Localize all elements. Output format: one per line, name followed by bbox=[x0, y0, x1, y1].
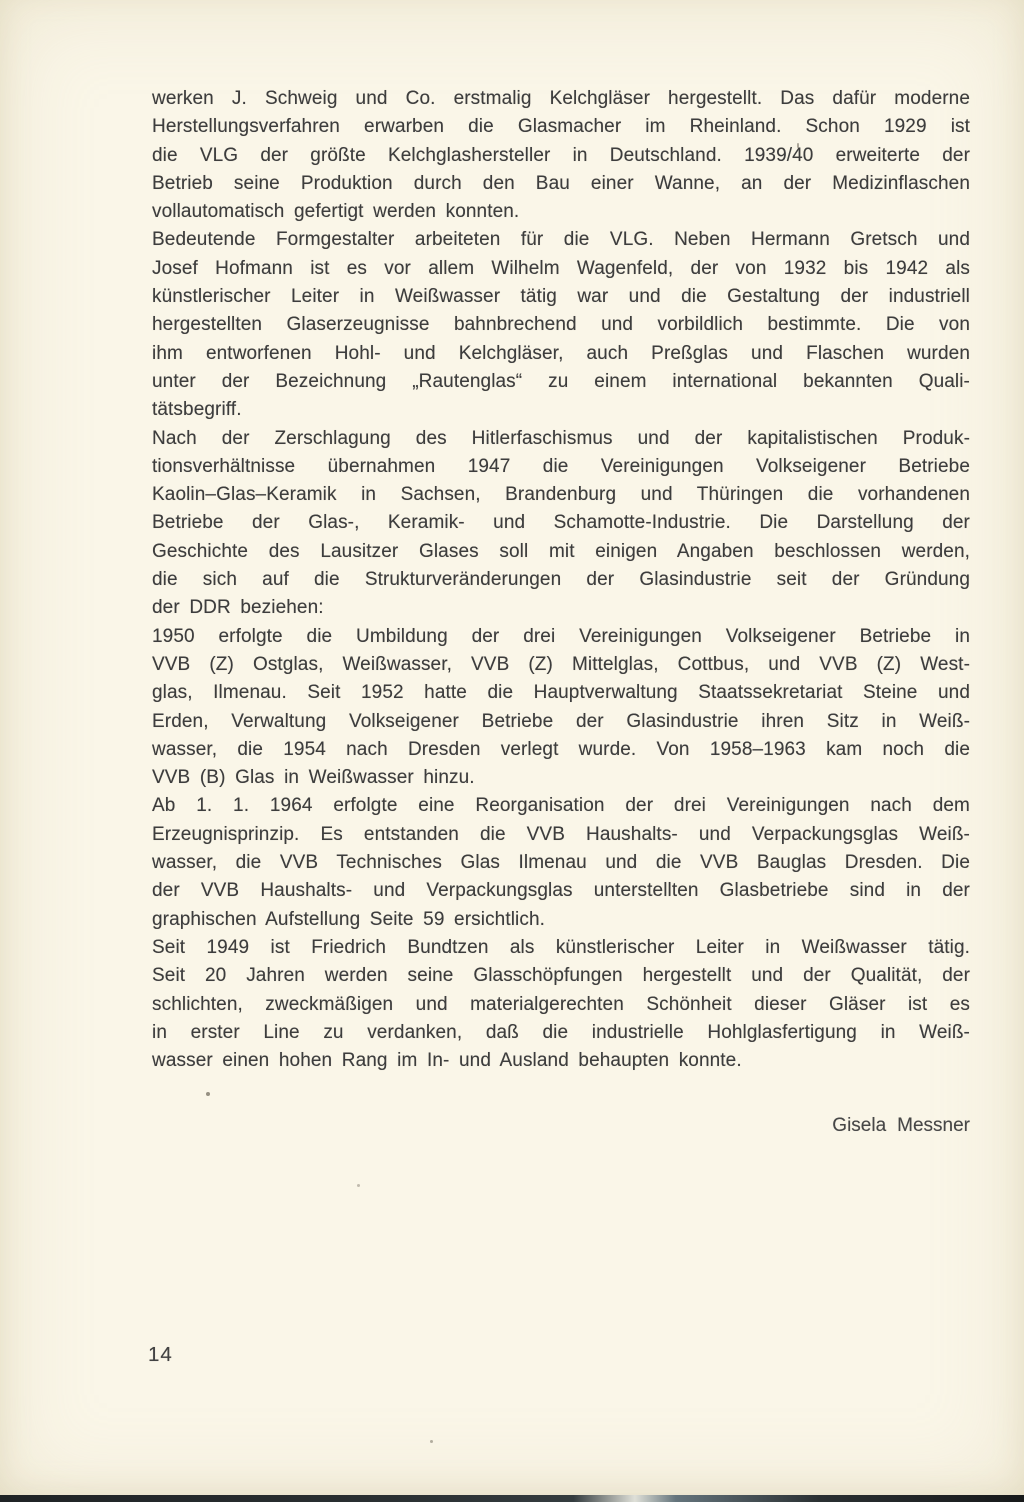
text-line: hergestellten Glaserzeugnisse bahnbreche… bbox=[152, 311, 970, 339]
page-number: 14 bbox=[148, 1343, 173, 1367]
text-line: tätsbegriff. bbox=[152, 396, 970, 424]
paragraph: Nach der Zerschlagung des Hitlerfaschism… bbox=[152, 425, 970, 623]
text-line: graphischen Aufstellung Seite 59 ersicht… bbox=[152, 906, 970, 934]
paragraph: 1950 erfolgte die Umbildung der drei Ver… bbox=[152, 623, 970, 793]
text-line: Ab 1. 1. 1964 erfolgte eine Reorganisati… bbox=[152, 792, 970, 820]
scan-edge-shadow bbox=[0, 1495, 1024, 1502]
text-line: Erzeugnisprinzip. Es entstanden die VVB … bbox=[152, 821, 970, 849]
scan-speck bbox=[357, 1184, 360, 1187]
text-line: schlichten, zweckmäßigen und materialger… bbox=[152, 991, 970, 1019]
text-line: werken J. Schweig und Co. erstmalig Kelc… bbox=[152, 85, 970, 113]
text-line: VVB (Z) Ostglas, Weißwasser, VVB (Z) Mit… bbox=[152, 651, 970, 679]
text-line: Erden, Verwaltung Volkseigener Betriebe … bbox=[152, 708, 970, 736]
text-line: Kaolin–Glas–Keramik in Sachsen, Brandenb… bbox=[152, 481, 970, 509]
scan-speck bbox=[206, 1092, 210, 1096]
author-signature: Gisela Messner bbox=[152, 1112, 970, 1140]
text-line: wasser, die VVB Technisches Glas Ilmenau… bbox=[152, 849, 970, 877]
text-line: ihm entworfenen Hohl- und Kelchgläser, a… bbox=[152, 340, 970, 368]
text-line: VVB (B) Glas in Weißwasser hinzu. bbox=[152, 764, 970, 792]
text-line: Bedeutende Formgestalter arbeiteten für … bbox=[152, 226, 970, 254]
paragraph: werken J. Schweig und Co. erstmalig Kelc… bbox=[152, 85, 970, 226]
scanned-book-page: werken J. Schweig und Co. erstmalig Kelc… bbox=[0, 0, 1024, 1502]
text-line: Josef Hofmann ist es vor allem Wilhelm W… bbox=[152, 255, 970, 283]
text-line: Herstellungsverfahren erwarben die Glasm… bbox=[152, 113, 970, 141]
paragraph: Ab 1. 1. 1964 erfolgte eine Reorganisati… bbox=[152, 792, 970, 933]
text-line: Betriebe der Glas-, Keramik- und Schamot… bbox=[152, 509, 970, 537]
text-line: der VVB Haushalts- und Verpackungsglas u… bbox=[152, 877, 970, 905]
paragraph: Bedeutende Formgestalter arbeiteten für … bbox=[152, 226, 970, 424]
text-line: glas, Ilmenau. Seit 1952 hatte die Haupt… bbox=[152, 679, 970, 707]
text-line: die VLG der größte Kelchglashersteller i… bbox=[152, 142, 970, 170]
text-line: Betrieb seine Produktion durch den Bau e… bbox=[152, 170, 970, 198]
scan-speck bbox=[430, 1440, 433, 1443]
text-line: tionsverhältnisse übernahmen 1947 die Ve… bbox=[152, 453, 970, 481]
paragraph: Seit 1949 ist Friedrich Bundtzen als kün… bbox=[152, 934, 970, 1075]
text-line: wasser einen hohen Rang im In- und Ausla… bbox=[152, 1047, 970, 1075]
text-line: unter der Bezeichnung „Rautenglas“ zu ei… bbox=[152, 368, 970, 396]
text-line: Seit 20 Jahren werden seine Glasschöpfun… bbox=[152, 962, 970, 990]
body-text: werken J. Schweig und Co. erstmalig Kelc… bbox=[152, 85, 970, 1075]
text-line: Nach der Zerschlagung des Hitlerfaschism… bbox=[152, 425, 970, 453]
text-line: in erster Line zu verdanken, daß die ind… bbox=[152, 1019, 970, 1047]
text-line: Geschichte des Lausitzer Glases soll mit… bbox=[152, 538, 970, 566]
text-line: 1950 erfolgte die Umbildung der drei Ver… bbox=[152, 623, 970, 651]
text-line: vollautomatisch gefertigt werden konnten… bbox=[152, 198, 970, 226]
text-line: die sich auf die Strukturveränderungen d… bbox=[152, 566, 970, 594]
text-line: Seit 1949 ist Friedrich Bundtzen als kün… bbox=[152, 934, 970, 962]
scan-speck bbox=[797, 143, 799, 148]
text-line: der DDR beziehen: bbox=[152, 594, 970, 622]
text-line: künstlerischer Leiter in Weißwasser täti… bbox=[152, 283, 970, 311]
text-line: wasser, die 1954 nach Dresden verlegt wu… bbox=[152, 736, 970, 764]
